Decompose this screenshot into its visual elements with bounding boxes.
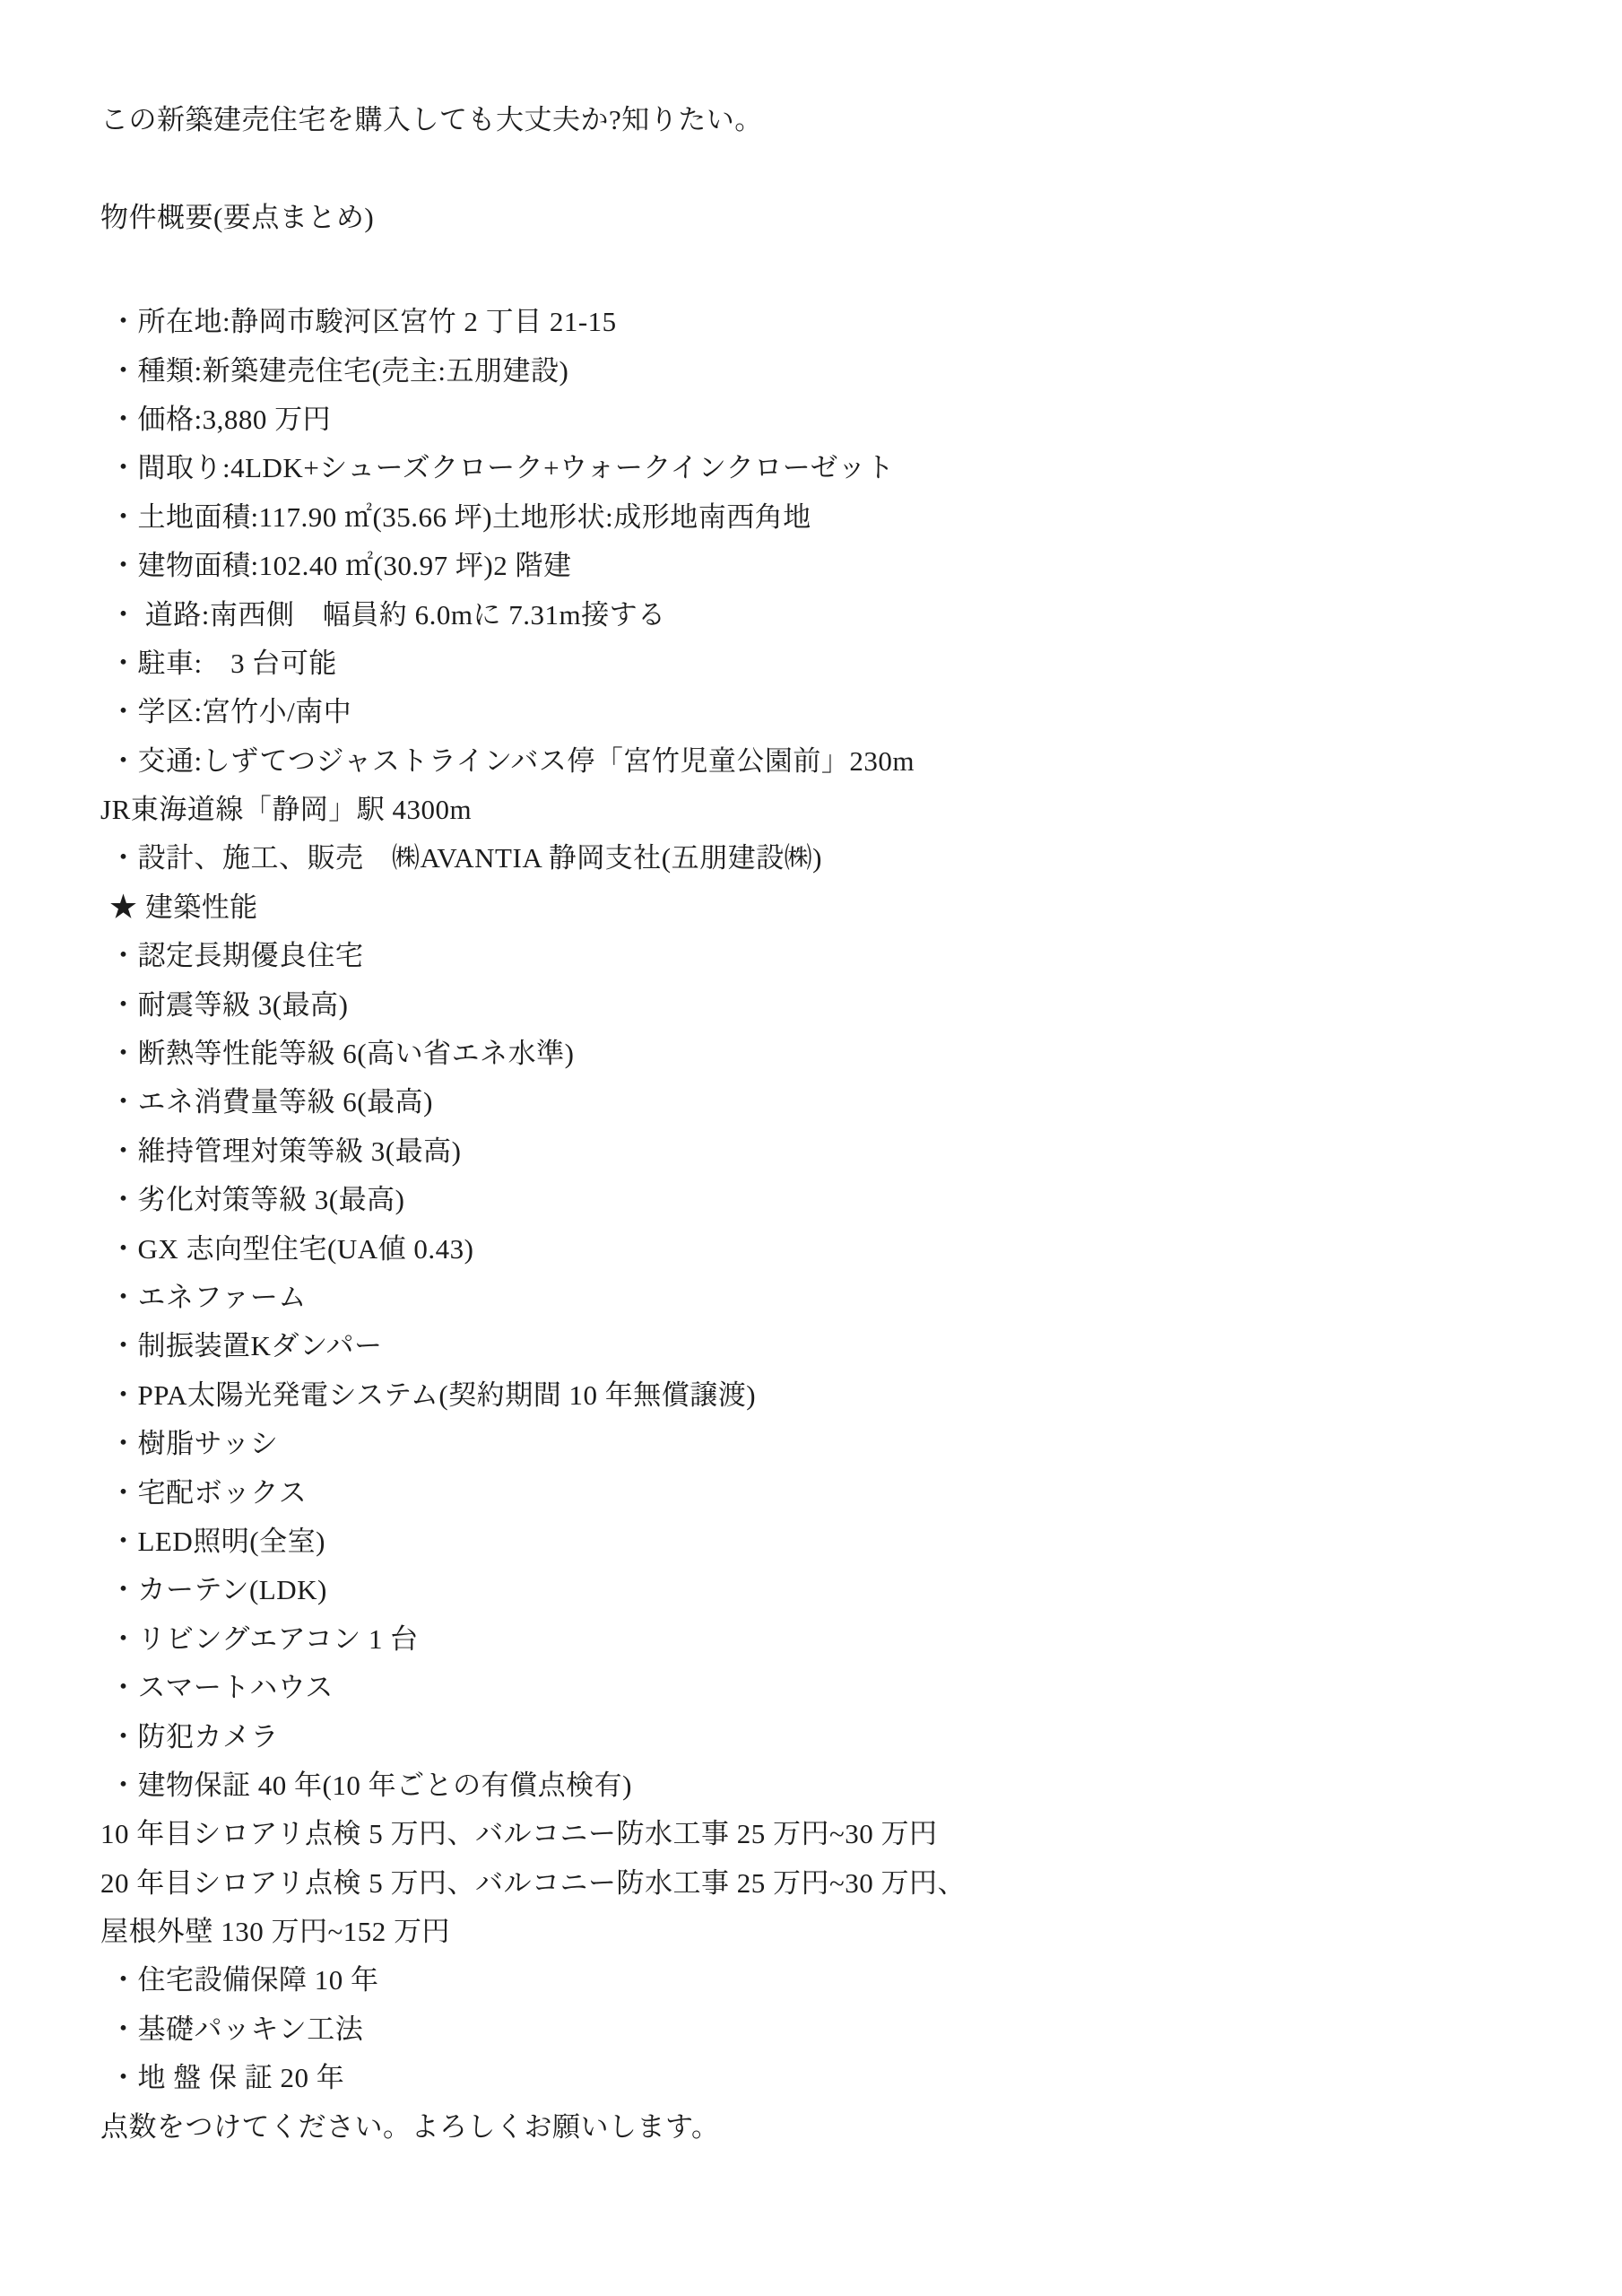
document-line: ・LED照明(全室) [100, 1518, 1532, 1566]
document-line: ・種類:新築建売住宅(売主:五朋建設) [100, 347, 1532, 396]
document-line: ・エネファーム [100, 1274, 1532, 1322]
document-line: ・樹脂サッシ [100, 1420, 1532, 1468]
document-line: ・宅配ボックス [100, 1469, 1532, 1518]
document-line: ・建物保証 40 年(10 年ごとの有償点検有) [100, 1761, 1532, 1810]
document-line: 屋根外壁 130 万円~152 万円 [100, 1908, 1532, 1956]
document-page: この新築建売住宅を購入しても大丈夫か?知りたい。 物件概要(要点まとめ) ・所在… [0, 0, 1622, 2296]
document-line: ・カーテン(LDK) [100, 1566, 1532, 1614]
document-line: ・建物面積:102.40 ㎡(30.97 坪)2 階建 [100, 542, 1532, 590]
document-line: ・スマートハウス [100, 1664, 1532, 1712]
document-line: ・制振装置Kダンパー [100, 1322, 1532, 1370]
document-line: ・設計、施工、販売 ㈱AVANTIA 静岡支社(五朋建設㈱) [100, 834, 1532, 883]
document-line: 20 年目シロアリ点検 5 万円、バルコニー防水工事 25 万円~30 万円、 [100, 1859, 1532, 1908]
document-line: ・間取り:4LDK+シューズクローク+ウォークインクローゼット [100, 444, 1532, 492]
document-line: ・劣化対策等級 3(最高) [100, 1176, 1532, 1224]
document-line: ・PPA太陽光発電システム(契約期間 10 年無償譲渡) [100, 1371, 1532, 1420]
document-line: ・価格:3,880 万円 [100, 396, 1532, 444]
document-line: ・ 道路:南西側 幅員約 6.0mに 7.31m接する [100, 591, 1532, 639]
document-line: ・学区:宮竹小/南中 [100, 688, 1532, 736]
document-line: ・認定長期優良住宅 [100, 932, 1532, 980]
document-line: ・住宅設備保障 10 年 [100, 1956, 1532, 2005]
document-line: ・リビングエアコン 1 台 [100, 1615, 1532, 1664]
document-line: ・駐車: 3 台可能 [100, 639, 1532, 688]
document-line: ・所在地:静岡市駿河区宮竹 2 丁目 21-15 [100, 298, 1532, 346]
document-line: 10 年目シロアリ点検 5 万円、バルコニー防水工事 25 万円~30 万円 [100, 1810, 1532, 1858]
blank-line [100, 242, 1532, 298]
document-line: ★ 建築性能 [100, 883, 1532, 932]
section-heading: 物件概要(要点まとめ) [100, 194, 1532, 242]
intro-question: この新築建売住宅を購入しても大丈夫か?知りたい。 [100, 96, 1532, 144]
document-line: ・防犯カメラ [100, 1713, 1532, 1761]
document-line: JR東海道線「静岡」駅 4300m [100, 786, 1532, 834]
document-line: ・地 盤 保 証 20 年 [100, 2054, 1532, 2102]
document-line: ・交通:しずてつジャストラインバス停「宮竹児童公園前」230m [100, 737, 1532, 786]
document-line: ・GX 志向型住宅(UA値 0.43) [100, 1225, 1532, 1274]
document-line: ・基礎パッキン工法 [100, 2005, 1532, 2054]
document-lines: ・所在地:静岡市駿河区宮竹 2 丁目 21-15・種類:新築建売住宅(売主:五朋… [100, 298, 1532, 2152]
document-line: ・エネ消費量等級 6(最高) [100, 1078, 1532, 1126]
blank-line [100, 144, 1532, 193]
document-line: ・土地面積:117.90 ㎡(35.66 坪)土地形状:成形地南西角地 [100, 493, 1532, 542]
document-line: ・耐震等級 3(最高) [100, 981, 1532, 1030]
document-line: ・断熱等性能等級 6(高い省エネ水準) [100, 1030, 1532, 1078]
document-line: ・維持管理対策等級 3(最高) [100, 1127, 1532, 1176]
document-line: 点数をつけてください。よろしくお願いします。 [100, 2103, 1532, 2152]
